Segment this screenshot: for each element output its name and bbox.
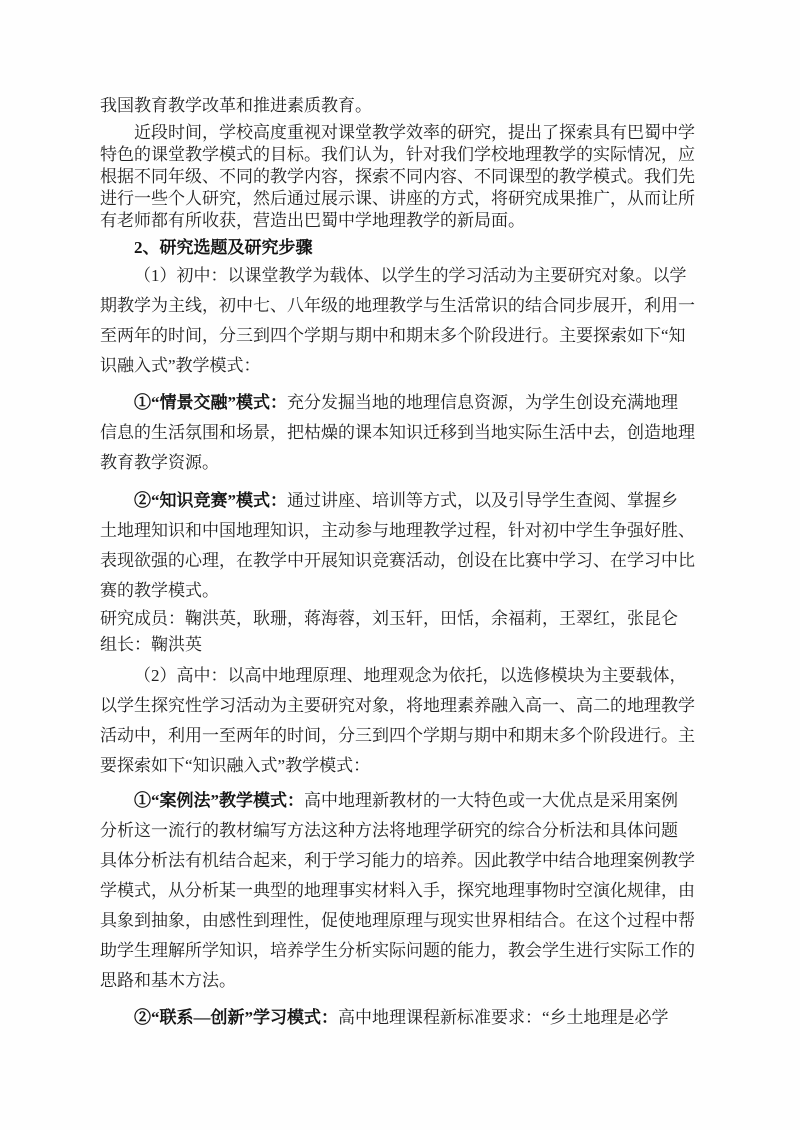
bold-lead: ②“联系—创新”学习模式： [134,1008,338,1027]
text-line: 期教学为主线，初中七、八年级的地理教学与生活常识的结合同步展开，利用一 [100,291,700,321]
paragraph: 近段时间，学校高度重视对课堂教学效率的研究，提出了探索具有巴蜀中学特色的课堂教学… [100,122,700,232]
text-line: 有老师都有所收获，营造出巴蜀中学地理教学的新局面。 [100,210,700,232]
section-heading: 2、研究选题及研究步骤 [100,235,700,261]
text-line: 根据不同年级、不同的教学内容，探索不同内容、不同课型的教学模式。我们先 [100,166,700,188]
paragraph: 组长：鞠洪英 [100,632,700,658]
paragraph: 我国教育教学改革和推进素质教育。 [100,95,700,117]
text-line: 研究成员：鞠洪英，耿珊，蒋海蓉，刘玉轩，田恬，余福莉，王翠红，张昆仑 [100,606,700,632]
text-line: 土地理知识和中国地理知识，主动参与地理教学过程，针对初中学生争强好胜、 [100,516,700,546]
text-line: 组长：鞠洪英 [100,632,700,658]
text-line: 至两年的时间，分三到四个学期与期中和期末多个阶段进行。主要探索如下“知 [100,321,700,351]
text-line: 分析这一流行的教材编写方法这种方法将地理学研究的综合分析法和具体问题 [100,816,700,846]
bold-lead: ②“知识竞赛”模式： [134,491,287,510]
text-line: 教育教学资源。 [100,448,700,478]
paragraph: ①“情景交融”模式：充分发掘当地的地理信息资源，为学生创设充满地理信息的生活氛围… [100,388,700,478]
paragraph: （1）初中：以课堂教学为载体、以学生的学习活动为主要研究对象。以学期教学为主线，… [100,261,700,381]
paragraph: ②“知识竞赛”模式：通过讲座、培训等方式，以及引导学生查阅、掌握乡土地理知识和中… [100,486,700,606]
text-line: 赛的教学模式。 [100,576,700,606]
text-line: 要探索如下“知识融入式”教学模式： [100,751,700,781]
text-line: ①“情景交融”模式：充分发掘当地的地理信息资源，为学生创设充满地理 [100,388,700,418]
text-line: 具象到抽象，由感性到理性，促使地理原理与现实世界相结合。在这个过程中帮 [100,906,700,936]
text-line: 助学生理解所学知识，培养学生分析实际问题的能力，教会学生进行实际工作的 [100,936,700,966]
text-line: ②“知识竞赛”模式：通过讲座、培训等方式，以及引导学生查阅、掌握乡 [100,486,700,516]
paragraph: ②“联系—创新”学习模式：高中地理课程新标准要求：“乡土地理是必学 [100,1003,700,1033]
text-line: 2、研究选题及研究步骤 [100,235,700,261]
text-line: 学模式，从分析某一典型的地理事实材料入手，探究地理事物时空演化规律，由 [100,876,700,906]
paragraph: （2）高中：以高中地理原理、地理观念为依托，以选修模块为主要载体，以学生探究性学… [100,661,700,781]
text-line: 活动中，利用一至两年的时间，分三到四个学期与期中和期末多个阶段进行。主 [100,721,700,751]
text-line: 以学生探究性学习活动为主要研究对象，将地理素养融入高一、高二的地理教学 [100,691,700,721]
bold-lead: ①“案例法”教学模式： [134,791,304,810]
text-line: 进行一些个人研究，然后通过展示课、讲座的方式，将研究成果推广，从而让所 [100,188,700,210]
text-line: （2）高中：以高中地理原理、地理观念为依托，以选修模块为主要载体， [100,661,700,691]
text-line: 我国教育教学改革和推进素质教育。 [100,95,700,117]
text-line: 近段时间，学校高度重视对课堂教学效率的研究，提出了探索具有巴蜀中学 [100,122,700,144]
paragraph: 研究成员：鞠洪英，耿珊，蒋海蓉，刘玉轩，田恬，余福莉，王翠红，张昆仑 [100,606,700,632]
bold-lead: ①“情景交融”模式： [134,393,287,412]
paragraph: ①“案例法”教学模式：高中地理新教材的一大特色或一大优点是采用案例分析这一流行的… [100,786,700,996]
text-line: 具体分析法有机结合起来，利于学习能力的培养。因此教学中结合地理案例教学 [100,846,700,876]
text-line: 特色的课堂教学模式的目标。我们认为，针对我们学校地理教学的实际情况，应 [100,144,700,166]
text-line: ②“联系—创新”学习模式：高中地理课程新标准要求：“乡土地理是必学 [100,1003,700,1033]
text-line: 信息的生活氛围和场景，把枯燥的课本知识迁移到当地实际生活中去，创造地理 [100,418,700,448]
document-page: 我国教育教学改革和推进素质教育。近段时间，学校高度重视对课堂教学效率的研究，提出… [0,0,800,1130]
text-line: 思路和基木方法。 [100,966,700,996]
text-line: 表现欲强的心理，在教学中开展知识竞赛活动，创设在比赛中学习、在学习中比 [100,546,700,576]
text-line: ①“案例法”教学模式：高中地理新教材的一大特色或一大优点是采用案例 [100,786,700,816]
text-line: （1）初中：以课堂教学为载体、以学生的学习活动为主要研究对象。以学 [100,261,700,291]
text-line: 识融入式”教学模式： [100,351,700,381]
